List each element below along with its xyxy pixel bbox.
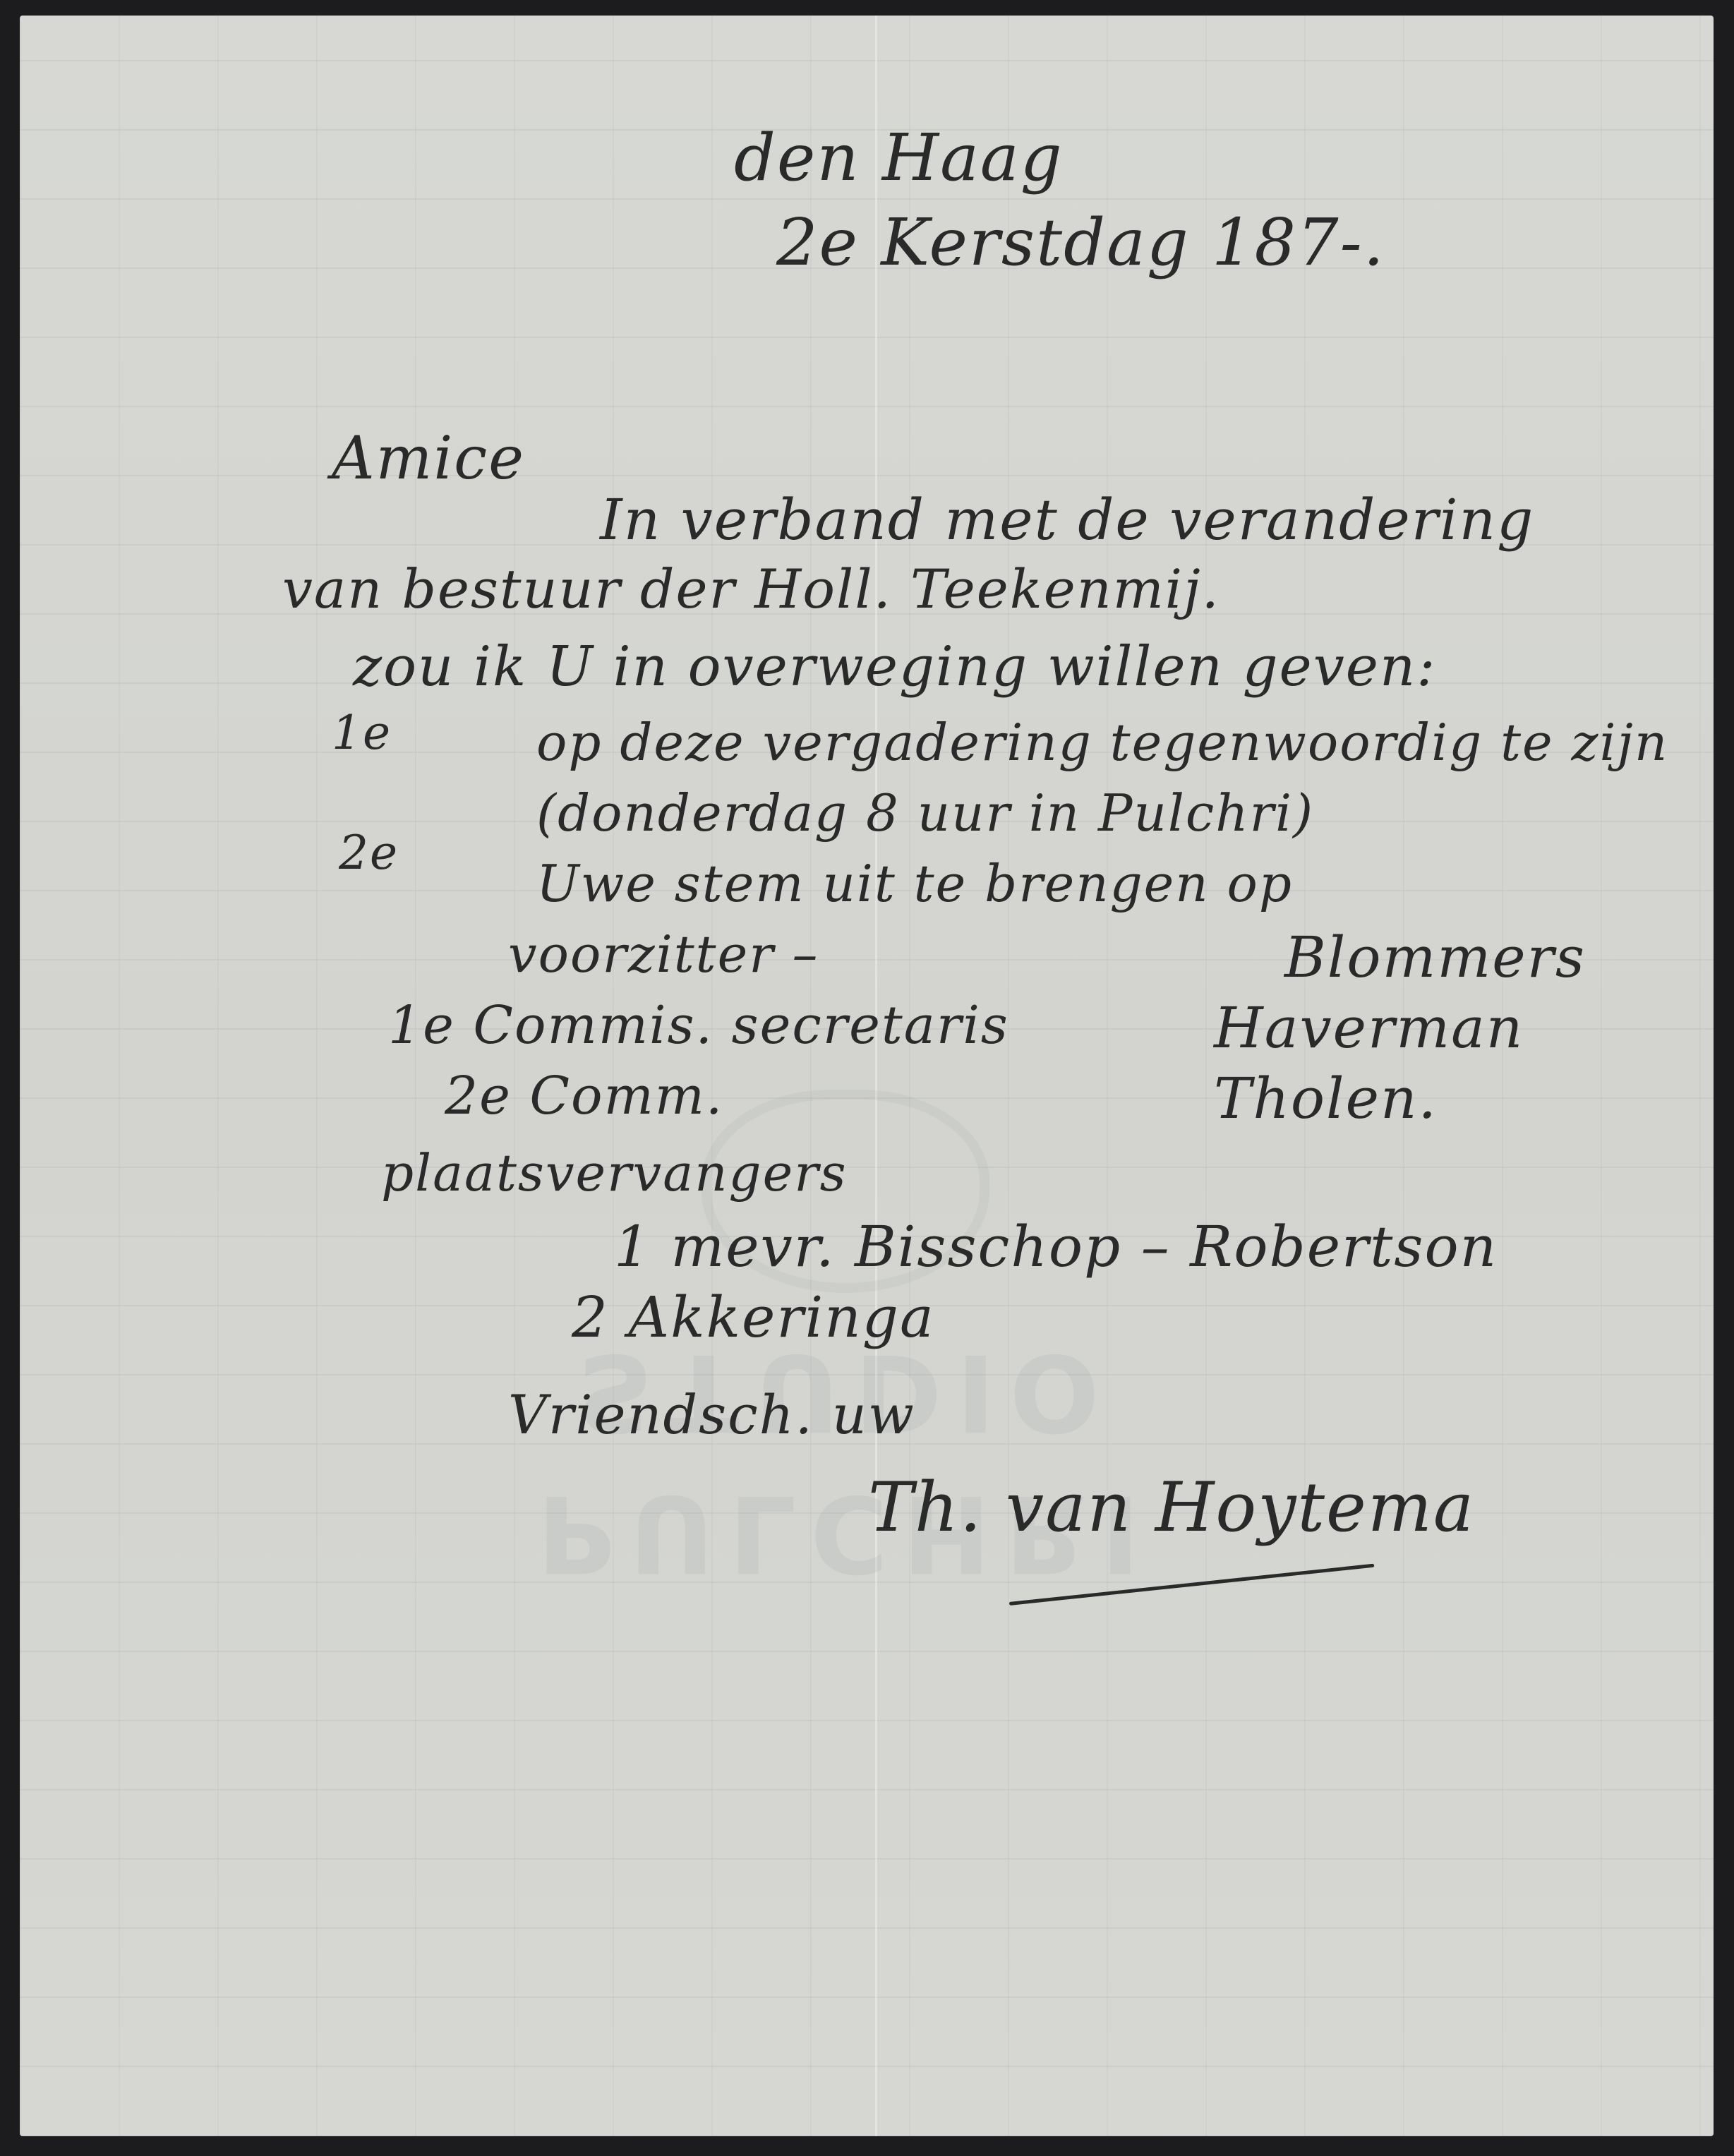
role-label: voorzitter – (508, 925, 819, 984)
role-label: 1e Commis. secretaris (388, 995, 1009, 1056)
role-name: Blommers (1284, 925, 1586, 990)
substitute-item: 2 Akkeringa (572, 1284, 935, 1350)
salutation: Amice (332, 423, 525, 493)
item-line: Uwe stem uit te brengen op (536, 854, 1293, 913)
letter-place: den Haag (734, 120, 1064, 195)
signature: Th. van Hoytema (868, 1468, 1475, 1547)
body-line: In verband met de verandering (600, 487, 1534, 553)
body-line: zou ik U in overweging willen geven: (353, 635, 1436, 699)
closing: Vriendsch. uw (508, 1383, 915, 1446)
letter-paper: PULCHRI STUDIO (20, 16, 1714, 2136)
body-line: van bestuur der Holl. Teekenmij. (282, 558, 1220, 620)
fold-crease (875, 16, 877, 2136)
item-line: (donderdag 8 uur in Pulchri) (536, 783, 1314, 843)
watermark-text: PULCHRI STUDIO (537, 1330, 1154, 1594)
role-label: 2e Comm. (445, 1066, 723, 1126)
item-marker: 1e (332, 706, 392, 760)
role-name: Tholen. (1214, 1066, 1438, 1131)
role-name: Haverman (1214, 995, 1524, 1061)
substitutes-heading: plaatsvervangers (381, 1143, 848, 1203)
letter-date: 2e Kerstdag 187-. (776, 205, 1385, 280)
item-marker: 2e (339, 826, 399, 880)
substitute-item: 1 mevr. Bisschop – Robertson (614, 1214, 1498, 1279)
item-line: op deze vergadering tegenwoordig te zijn (536, 713, 1668, 772)
